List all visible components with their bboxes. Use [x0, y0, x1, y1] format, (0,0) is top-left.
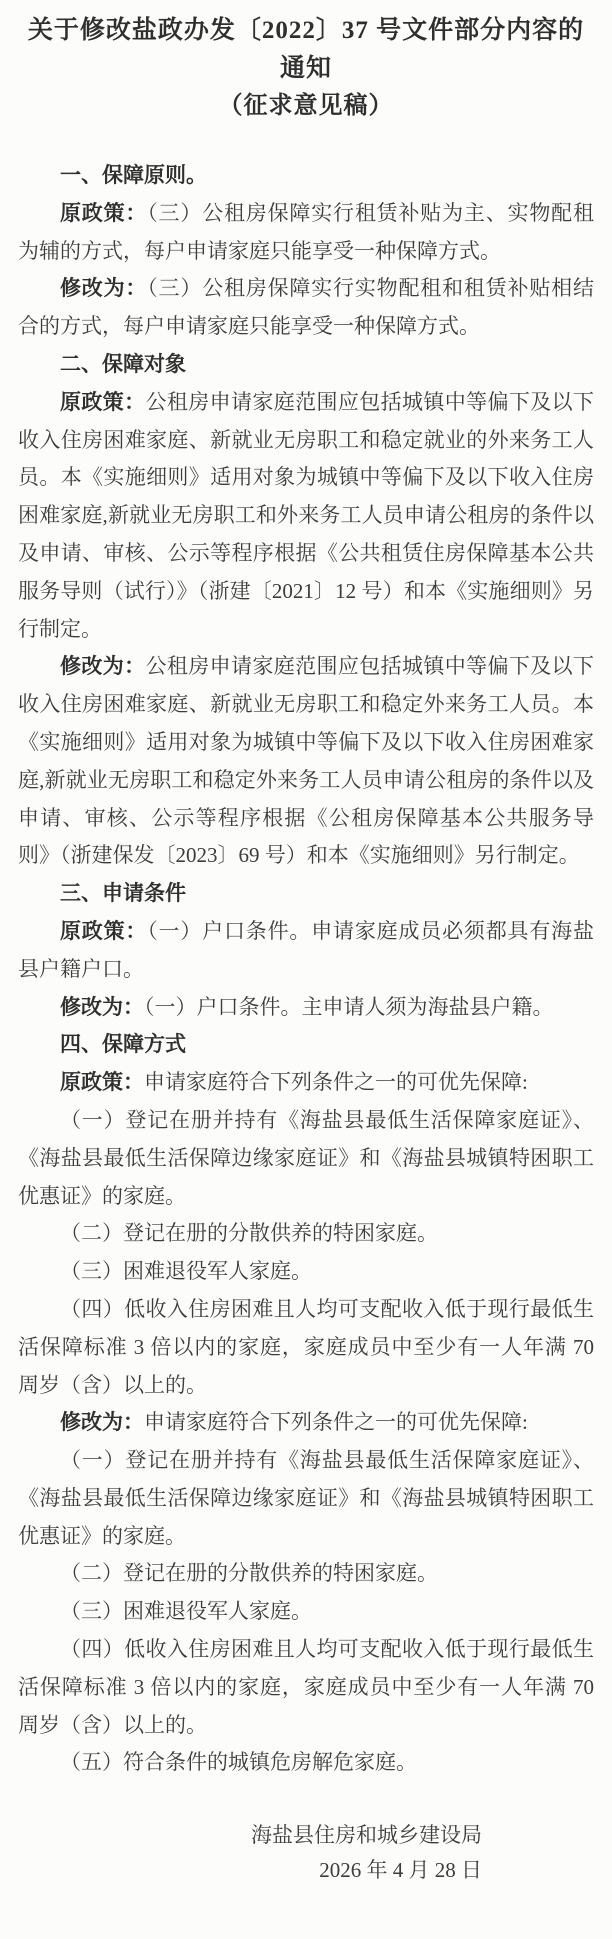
policy-text: （四）低收入住房困难且人均可支配收入低于现行最低生活保障标准 3 倍以内的家庭，…: [18, 1297, 594, 1397]
policy-paragraph: 修改为：（一）户口条件。主申请人须为海盐县户籍。: [18, 989, 594, 1027]
policy-list-item: （二）登记在册的分散供养的特困家庭。: [18, 1555, 594, 1593]
policy-paragraph: 原政策：公租房申请家庭范围应包括城镇中等偏下及以下收入住房困难家庭、新就业无房职…: [18, 384, 594, 649]
policy-list-item: （四）低收入住房困难且人均可支配收入低于现行最低生活保障标准 3 倍以内的家庭，…: [18, 1291, 594, 1404]
policy-paragraph: 原政策：申请家庭符合下列条件之一的可优先保障:: [18, 1064, 594, 1102]
policy-list-item: （三）困难退役军人家庭。: [18, 1253, 594, 1291]
policy-paragraph: 修改为：公租房申请家庭范围应包括城镇中等偏下及以下收入住房困难家庭、新就业无房职…: [18, 648, 594, 875]
policy-text: （四）低收入住房困难且人均可支配收入低于现行最低生活保障标准 3 倍以内的家庭，…: [18, 1637, 594, 1737]
section-heading-4: 四、保障方式: [18, 1026, 594, 1064]
policy-list-item: （四）低收入住房困难且人均可支配收入低于现行最低生活保障标准 3 倍以内的家庭，…: [18, 1631, 594, 1744]
policy-text: 公租房申请家庭范围应包括城镇中等偏下及以下收入住房困难家庭、新就业无房职工和稳定…: [18, 654, 594, 867]
policy-text: （一）户口条件。主申请人须为海盐县户籍。: [144, 995, 554, 1019]
notice-document-page: 关于修改盐政办发〔2022〕37 号文件部分内容的通知 （征求意见稿） 一、保障…: [0, 0, 612, 1939]
section-heading-1: 一、保障原则。: [18, 157, 594, 195]
policy-label: 原政策：: [60, 1070, 144, 1094]
policy-text: （三）困难退役军人家庭。: [60, 1259, 312, 1283]
policy-list-item: （一）登记在册并持有《海盐县最低生活保障家庭证》、《海盐县最低生活保障边缘家庭证…: [18, 1102, 594, 1215]
policy-label: 原政策：: [60, 919, 147, 943]
issue-date: 2026 年 4 月 28 日: [18, 1853, 482, 1888]
page-title: 关于修改盐政办发〔2022〕37 号文件部分内容的通知: [18, 12, 594, 88]
policy-label: 修改为：: [60, 995, 144, 1019]
page-subtitle: （征求意见稿）: [18, 88, 594, 125]
policy-paragraph: 原政策：（一）户口条件。申请家庭成员必须都具有海盐县户籍户口。: [18, 913, 594, 989]
policy-list-item: （三）困难退役军人家庭。: [18, 1593, 594, 1631]
policy-text: （二）登记在册的分散供养的特困家庭。: [60, 1561, 438, 1585]
policy-label: 修改为：: [60, 654, 146, 678]
issuing-authority: 海盐县住房和城乡建设局: [18, 1818, 482, 1853]
policy-text: （一）登记在册并持有《海盐县最低生活保障家庭证》、《海盐县最低生活保障边缘家庭证…: [18, 1448, 594, 1548]
policy-text: （五）符合条件的城镇危房解危家庭。: [60, 1750, 417, 1774]
policy-text: （一）登记在册并持有《海盐县最低生活保障家庭证》、《海盐县最低生活保障边缘家庭证…: [18, 1108, 594, 1208]
policy-label: 原政策：: [60, 201, 147, 225]
policy-text: （三）困难退役军人家庭。: [60, 1599, 312, 1623]
policy-paragraph: 修改为：（三）公租房保障实行实物配租和租赁补贴相结合的方式，每户申请家庭只能享受…: [18, 270, 594, 346]
section-heading-2: 二、保障对象: [18, 346, 594, 384]
document-body: 一、保障原则。 原政策：（三）公租房保障实行租赁补贴为主、实物配租为辅的方式，每…: [18, 157, 594, 1782]
policy-paragraph: 原政策：（三）公租房保障实行租赁补贴为主、实物配租为辅的方式，每户申请家庭只能享…: [18, 195, 594, 271]
section-heading-3: 三、申请条件: [18, 875, 594, 913]
signature-block: 海盐县住房和城乡建设局 2026 年 4 月 28 日: [18, 1818, 594, 1888]
policy-text: 公租房申请家庭范围应包括城镇中等偏下及以下收入住房困难家庭、新就业无房职工和稳定…: [18, 390, 594, 641]
policy-list-item: （一）登记在册并持有《海盐县最低生活保障家庭证》、《海盐县最低生活保障边缘家庭证…: [18, 1442, 594, 1555]
policy-paragraph: 修改为：申请家庭符合下列条件之一的可优先保障:: [18, 1404, 594, 1442]
policy-label: 原政策：: [60, 390, 146, 414]
policy-label: 修改为：: [60, 276, 147, 300]
policy-label: 修改为：: [60, 1410, 144, 1434]
policy-list-item: （五）符合条件的城镇危房解危家庭。: [18, 1744, 594, 1782]
policy-text: （二）登记在册的分散供养的特困家庭。: [60, 1221, 438, 1245]
policy-list-item: （二）登记在册的分散供养的特困家庭。: [18, 1215, 594, 1253]
policy-text: 申请家庭符合下列条件之一的可优先保障:: [144, 1410, 528, 1434]
policy-text: 申请家庭符合下列条件之一的可优先保障:: [144, 1070, 528, 1094]
